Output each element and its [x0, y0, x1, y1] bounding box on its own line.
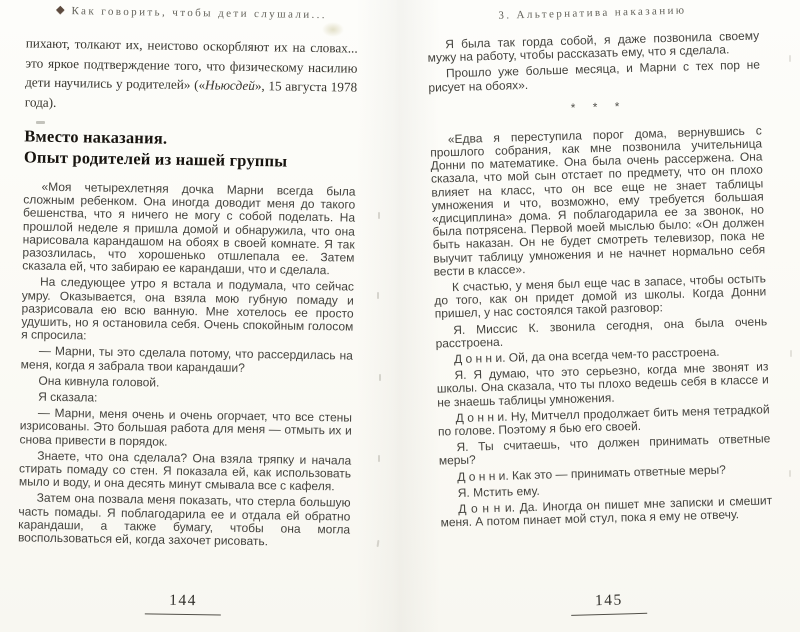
section-heading-line1: Вместо наказания. — [24, 126, 167, 147]
paragraph: Затем она позвала меня показать, что сте… — [18, 492, 351, 550]
paragraph: Прошло уже больше месяца, и Марни с тех … — [428, 59, 761, 95]
right-text-block: Я была так горда собой, я даже позвонила… — [427, 29, 773, 533]
intro-paragraph: пихают, толкают их, неистово оскорбляют … — [25, 33, 358, 116]
right-page-footer: 145 — [443, 587, 776, 619]
left-body: «Моя четырехлетняя дочка Марни всегда бы… — [18, 180, 356, 549]
section-heading-line2: Опыт родителей из нашей группы — [24, 147, 288, 170]
asterisk-divider: * * * — [429, 95, 761, 118]
book-spread: Как говорить, чтобы дети слушали... пиха… — [0, 0, 800, 632]
diamond-icon — [56, 6, 64, 14]
right-page-number-rule — [571, 613, 647, 616]
right-page: 3. Альтернатива наказанию Я была так гор… — [400, 0, 800, 632]
left-page-number-rule — [145, 613, 221, 615]
left-page: Как говорить, чтобы дети слушали... пиха… — [0, 0, 400, 632]
right-page-content: 3. Альтернатива наказанию Я была так гор… — [426, 0, 776, 632]
paragraph: На следующее утро я встала и подумала, ч… — [21, 276, 354, 347]
left-page-footer: 144 — [17, 589, 349, 617]
paragraph: К счастью, у меня был еще час в запасе, … — [434, 272, 767, 321]
left-running-header: Как говорить, чтобы дети слушали... — [26, 4, 358, 21]
left-running-header-title: Как говорить, чтобы дети слушали... — [71, 5, 327, 21]
paragraph: «Едва я переступила порог дома, вернувши… — [430, 124, 766, 278]
dialog-line: Д о н н и. Да. Иногда он пишет мне запис… — [440, 494, 773, 530]
newspaper-name: Ньюсдей — [205, 77, 255, 93]
section-heading: Вместо наказания.Опыт родителей из нашей… — [24, 125, 357, 172]
paragraph: Знаете, что она сделала? Она взяла тряпк… — [19, 449, 352, 494]
dialog-line: — Марни, ты это сделала потому, что расс… — [21, 345, 353, 377]
left-page-number: 144 — [169, 592, 197, 609]
left-text-block: пихают, толкают их, неистово оскорбляют … — [18, 33, 358, 552]
left-page-content: Как говорить, чтобы дети слушали... пиха… — [17, 0, 359, 632]
right-running-header-title: 3. Альтернатива наказанию — [498, 4, 686, 21]
paragraph: «Моя четырехлетняя дочка Марни всегда бы… — [22, 180, 355, 278]
dialog-line: — Марни, меня очень и очень огорчает, чт… — [19, 407, 352, 452]
dialog-line: Я. Я думаю, что это серьезно, когда мне … — [436, 361, 769, 410]
right-running-header: 3. Альтернатива наказанию — [426, 2, 758, 23]
right-page-number: 145 — [595, 591, 623, 609]
